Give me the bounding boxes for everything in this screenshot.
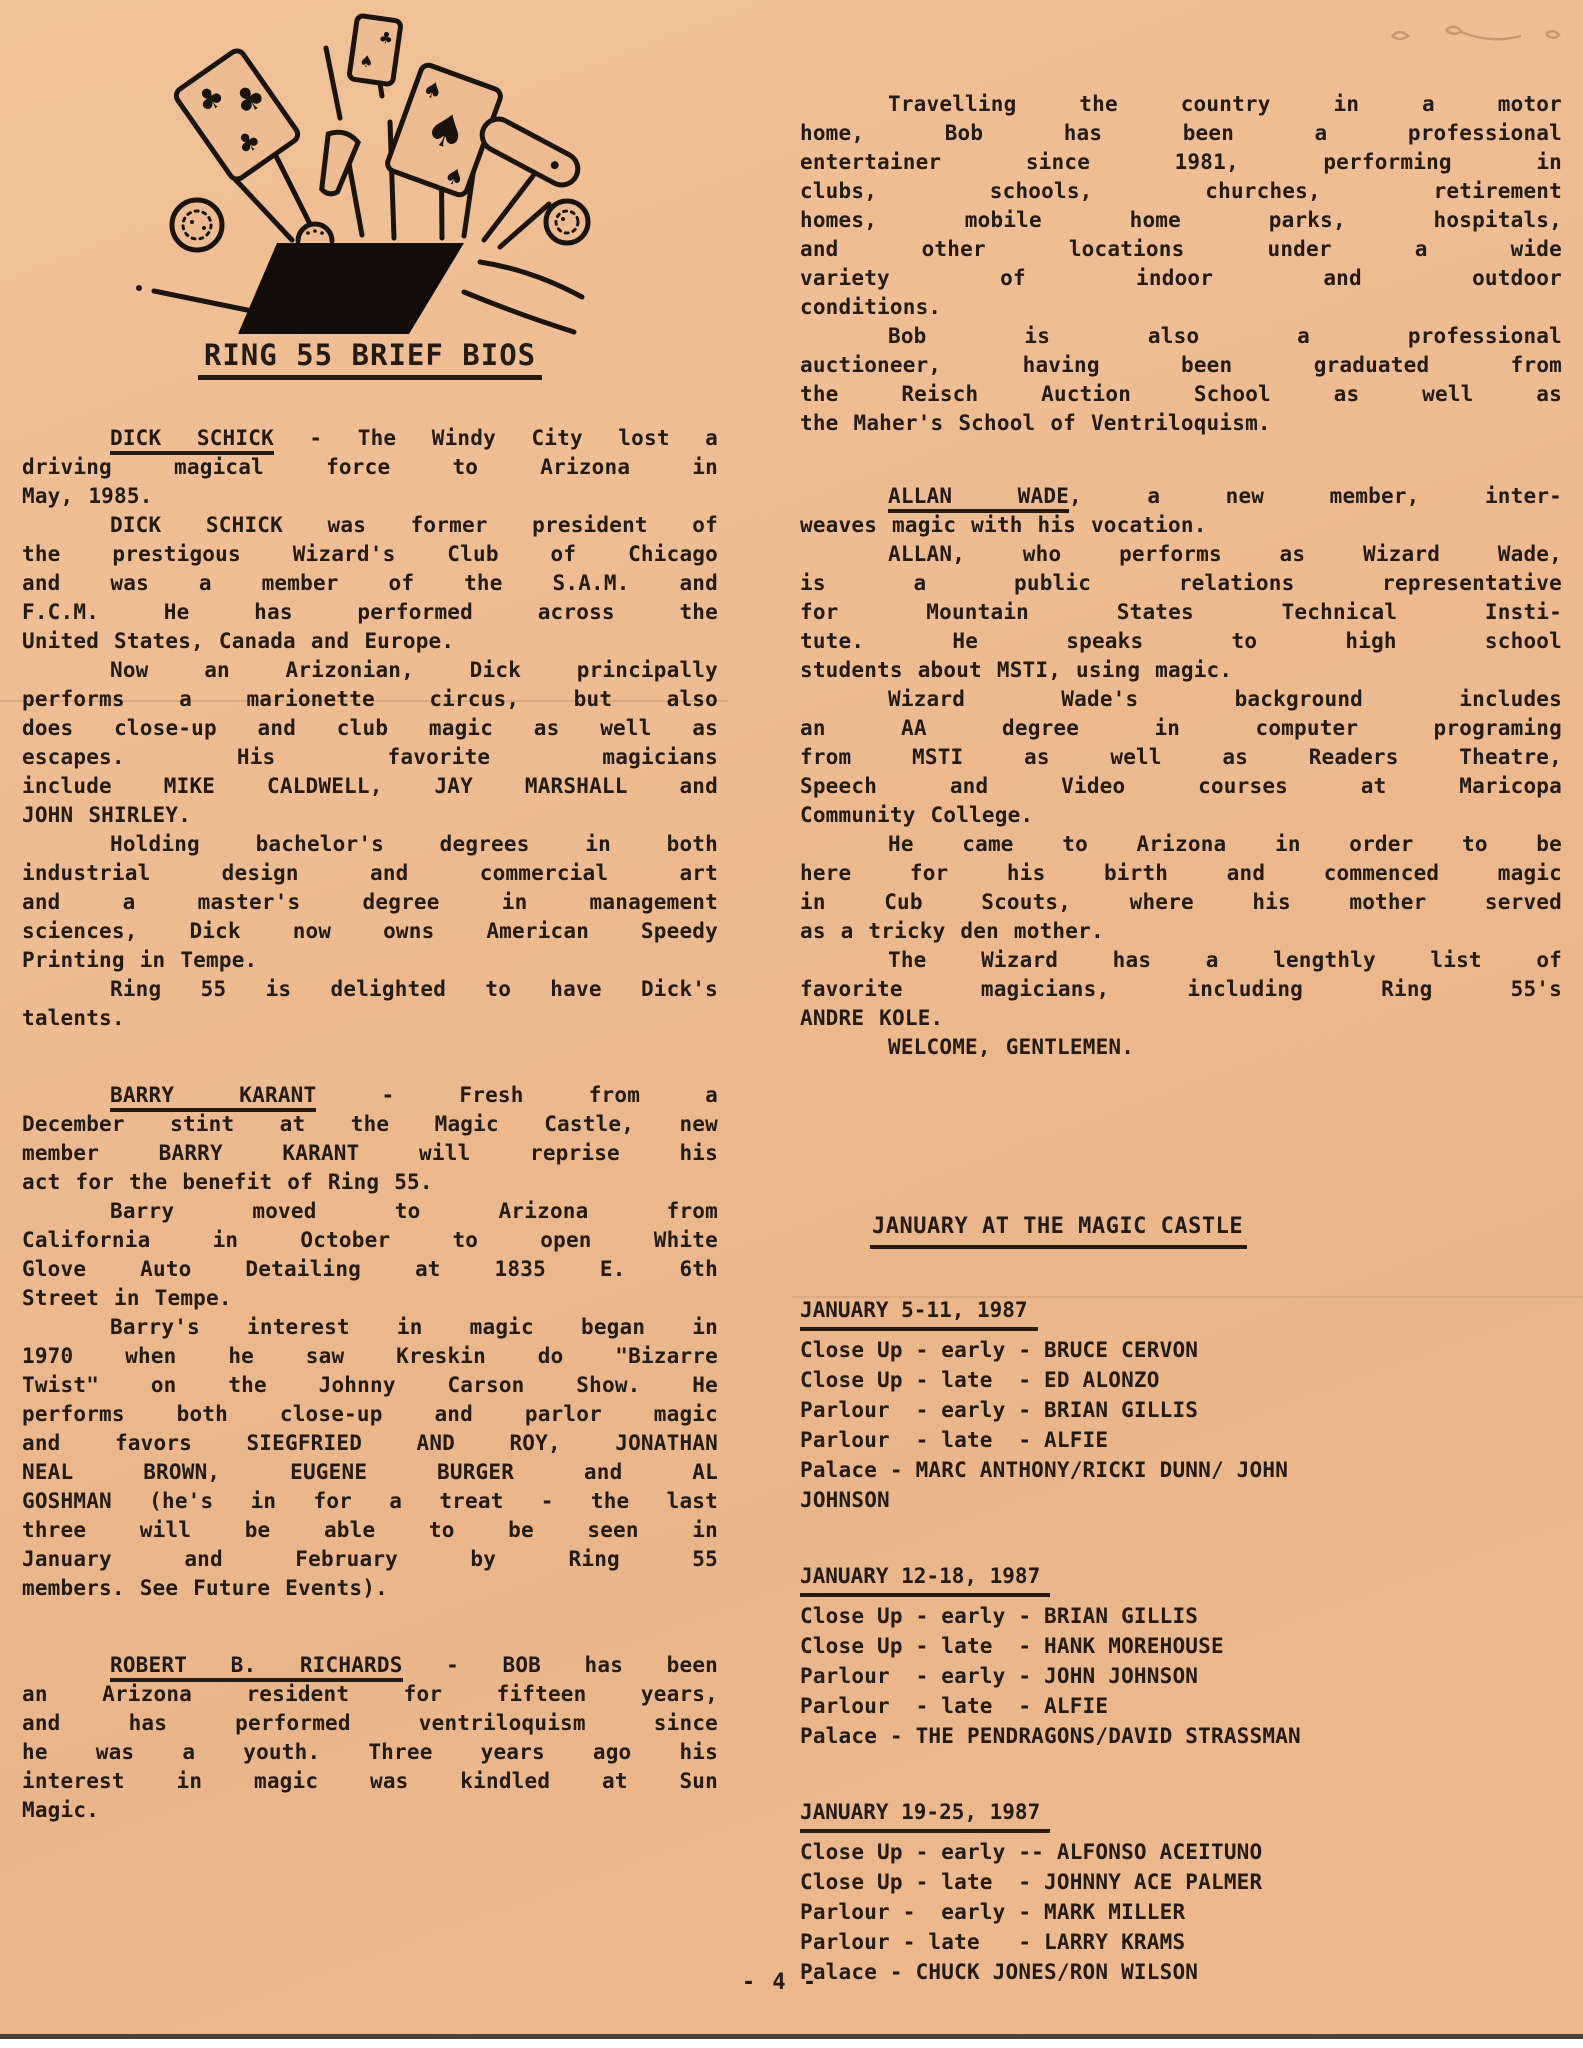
underlined-name: DICK SCHICK — [110, 426, 274, 455]
motion-curve — [480, 262, 582, 297]
typed-line: Now an Arizonian, Dick principally — [22, 656, 718, 685]
schedule-row: Parlour - late - ALFIE — [800, 1691, 1562, 1721]
svg-text:♠: ♠ — [358, 51, 375, 72]
top-hat — [238, 243, 464, 334]
typed-line: in Cub Scouts, where his mother served — [800, 888, 1562, 917]
schedule-row: Close Up - late - ED ALONZO — [800, 1365, 1562, 1395]
typed-line: DICK SCHICK was former president of — [22, 511, 718, 540]
typed-line: favorite magicians, including Ring 55's — [800, 975, 1562, 1004]
typed-line: Bob is also a professional — [800, 322, 1562, 351]
playing-card-small: ♣ ♠ — [349, 15, 401, 85]
schedule-week-3: JANUARY 19-25, 1987 Close Up - early -- … — [800, 1797, 1562, 1987]
line-text: - The Windy City lost a — [274, 426, 718, 450]
typed-line: does close-up and club magic as well as — [22, 714, 718, 743]
week-rows: Close Up - early - BRUCE CERVONClose Up … — [800, 1335, 1562, 1515]
schedule-week-1: JANUARY 5-11, 1987 Close Up - early - BR… — [800, 1295, 1562, 1515]
typed-line: tute. He speaks to high school — [800, 627, 1562, 656]
underlined-name: ROBERT B. RICHARDS — [110, 1653, 403, 1682]
typed-line: from MSTI as well as Readers Theatre, — [800, 743, 1562, 772]
typed-line: sciences, Dick now owns American Speedy — [22, 917, 718, 946]
typed-line: December stint at the Magic Castle, new — [22, 1110, 718, 1139]
castle-schedule-title: JANUARY AT THE MAGIC CASTLE — [870, 1212, 1247, 1249]
typed-line: driving magical force to Arizona in — [22, 453, 718, 482]
left-column: RING 55 BRIEF BIOS DICK SCHICK - The Win… — [22, 338, 718, 1825]
paper-scratch-mark — [1388, 18, 1568, 52]
hand-on-brim — [298, 224, 332, 241]
typed-line: home, Bob has been a professional — [800, 119, 1562, 148]
schedule-week-2: JANUARY 12-18, 1987 Close Up - early - B… — [800, 1561, 1562, 1751]
schedule-row: Close Up - early - BRIAN GILLIS — [800, 1601, 1562, 1631]
bio-dick-schick: DICK SCHICK - The Windy City lost adrivi… — [22, 424, 718, 1033]
magic-hat-illustration: ♣ ♣ ♣ ♣ ♠ ♠ ♠ ♠ — [112, 0, 592, 340]
typed-line: and a master's degree in management — [22, 888, 718, 917]
week-rows: Close Up - early -- ALFONSO ACEITUNOClos… — [800, 1837, 1562, 1987]
typed-line: BARRY KARANT - Fresh from a — [22, 1081, 718, 1110]
motion-line — [326, 48, 340, 118]
week-heading: JANUARY 12-18, 1987 — [800, 1561, 1050, 1597]
typed-line: GOSHMAN (he's in for a treat - the last — [22, 1487, 718, 1516]
typed-line: 1970 when he saw Kreskin do "Bizarre — [22, 1342, 718, 1371]
newsletter-page: ♣ ♣ ♣ ♣ ♠ ♠ ♠ ♠ — [0, 0, 1583, 2048]
bio-barry-karant: BARRY KARANT - Fresh from aDecember stin… — [22, 1081, 718, 1603]
typed-line: entertainer since 1981, performing in — [800, 148, 1562, 177]
typed-line: conditions. — [800, 293, 1562, 322]
typed-line: United States, Canada and Europe. — [22, 627, 718, 656]
schedule-row: Parlour - early - JOHN JOHNSON — [800, 1661, 1562, 1691]
typed-line: JOHN SHIRLEY. — [22, 801, 718, 830]
typed-line: Ring 55 is delighted to have Dick's — [22, 975, 718, 1004]
typed-line: clubs, schools, churches, retirement — [800, 177, 1562, 206]
typed-line: May, 1985. — [22, 482, 718, 511]
week-heading: JANUARY 5-11, 1987 — [800, 1295, 1038, 1331]
typed-line: an AA degree in computer programing — [800, 714, 1562, 743]
schedule-row: Palace - MARC ANTHONY/RICKI DUNN/ JOHN — [800, 1455, 1562, 1485]
motion-line — [484, 176, 533, 240]
schedule-row: Parlour - late - ALFIE — [800, 1425, 1562, 1455]
typed-line: and was a member of the S.A.M. and — [22, 569, 718, 598]
page-number: - 4 - — [660, 1970, 900, 1995]
right-column: Travelling the country in a motorhome, B… — [800, 90, 1562, 1987]
typed-line: Wizard Wade's background includes — [800, 685, 1562, 714]
typed-line: ROBERT B. RICHARDS - BOB has been — [22, 1651, 718, 1680]
typed-line: Twist" on the Johnny Carson Show. He — [22, 1371, 718, 1400]
typed-line: ALLAN, who performs as Wizard Wade, — [800, 540, 1562, 569]
underlined-name: ALLAN WADE — [888, 484, 1069, 513]
line-text: - BOB has been — [403, 1653, 718, 1677]
typed-line: F.C.M. He has performed across the — [22, 598, 718, 627]
typed-line: NEAL BROWN, EUGENE BURGER and AL — [22, 1458, 718, 1487]
coin-right — [546, 201, 588, 243]
typed-line: variety of indoor and outdoor — [800, 264, 1562, 293]
week-rows: Close Up - early - BRIAN GILLISClose Up … — [800, 1601, 1562, 1751]
typed-line: weaves magic with his vocation. — [800, 511, 1562, 540]
typed-line: auctioneer, having been graduated from — [800, 351, 1562, 380]
schedule-row: Palace - CHUCK JONES/RON WILSON — [800, 1957, 1562, 1987]
typed-line: as a tricky den mother. — [800, 917, 1562, 946]
typed-line: Barry moved to Arizona from — [22, 1197, 718, 1226]
typed-line: for Mountain States Technical Insti- — [800, 598, 1562, 627]
typed-line: Street in Tempe. — [22, 1284, 718, 1313]
schedule-row: Parlour - early - BRIAN GILLIS — [800, 1395, 1562, 1425]
typed-line: talents. — [22, 1004, 718, 1033]
typed-line: three will be able to be seen in — [22, 1516, 718, 1545]
typed-line: act for the benefit of Ring 55. — [22, 1168, 718, 1197]
schedule-row: Close Up - late - JOHNNY ACE PALMER — [800, 1867, 1562, 1897]
typed-line: performs both close-up and parlor magic — [22, 1400, 718, 1429]
bio-allan-wade: ALLAN WADE, a new member, inter-weaves m… — [800, 482, 1562, 1062]
typed-line: interest in magic was kindled at Sun — [22, 1767, 718, 1796]
typed-line: January and February by Ring 55 — [22, 1545, 718, 1574]
schedule-row: JOHNSON — [800, 1485, 1562, 1515]
typed-line: performs a marionette circus, but also — [22, 685, 718, 714]
section-title: RING 55 BRIEF BIOS — [198, 338, 542, 380]
bio-robert-richards: ROBERT B. RICHARDS - BOB has beenan Ariz… — [22, 1651, 718, 1825]
typed-line: escapes. His favorite magicians — [22, 743, 718, 772]
typed-line: the Maher's School of Ventriloquism. — [800, 409, 1562, 438]
typed-line: member BARRY KARANT will reprise his — [22, 1139, 718, 1168]
typed-line: members. See Future Events). — [22, 1574, 718, 1603]
schedule-row: Close Up - early - BRUCE CERVON — [800, 1335, 1562, 1365]
typed-line: industrial design and commercial art — [22, 859, 718, 888]
typed-line: Community College. — [800, 801, 1562, 830]
typed-line: Barry's interest in magic began in — [22, 1313, 718, 1342]
schedule-row: Parlour - late - LARRY KRAMS — [800, 1927, 1562, 1957]
motion-line — [234, 178, 292, 240]
typed-line: and has performed ventriloquism since — [22, 1709, 718, 1738]
underlined-name: BARRY KARANT — [110, 1083, 316, 1112]
scanned-paper: ♣ ♣ ♣ ♣ ♠ ♠ ♠ ♠ — [0, 0, 1583, 2039]
typed-line: and other locations under a wide — [800, 235, 1562, 264]
typed-line: homes, mobile home parks, hospitals, — [800, 206, 1562, 235]
schedule-row: Close Up - early -- ALFONSO ACEITUNO — [800, 1837, 1562, 1867]
typed-line: ALLAN WADE, a new member, inter- — [800, 482, 1562, 511]
schedule-row: Parlour - early - MARK MILLER — [800, 1897, 1562, 1927]
typed-line: Glove Auto Detailing at 1835 E. 6th — [22, 1255, 718, 1284]
typed-line: WELCOME, GENTLEMEN. — [800, 1033, 1562, 1062]
castle-title-wrap: JANUARY AT THE MAGIC CASTLE — [870, 1212, 1562, 1249]
typed-line: an Arizona resident for fifteen years, — [22, 1680, 718, 1709]
typed-line: he was a youth. Three years ago his — [22, 1738, 718, 1767]
typed-line: ANDRE KOLE. — [800, 1004, 1562, 1033]
line-text: - Fresh from a — [316, 1083, 718, 1107]
typed-line: California in October to open White — [22, 1226, 718, 1255]
typed-line: Magic. — [22, 1796, 718, 1825]
typed-line: He came to Arizona in order to be — [800, 830, 1562, 859]
typed-line: the prestigous Wizard's Club of Chicago — [22, 540, 718, 569]
schedule-row: Palace - THE PENDRAGONS/DAVID STRASSMAN — [800, 1721, 1562, 1751]
typed-line: Speech and Video courses at Maricopa — [800, 772, 1562, 801]
typed-line: Holding bachelor's degrees in both — [22, 830, 718, 859]
motion-dot — [136, 285, 142, 291]
section-title-wrap: RING 55 BRIEF BIOS — [22, 338, 718, 380]
motion-line — [154, 291, 252, 311]
schedule-row: Close Up - late - HANK MOREHOUSE — [800, 1631, 1562, 1661]
typed-line: and favors SIEGFRIED AND ROY, JONATHAN — [22, 1429, 718, 1458]
coin-left — [172, 200, 222, 250]
typed-line: is a public relations representative — [800, 569, 1562, 598]
week-heading: JANUARY 19-25, 1987 — [800, 1797, 1050, 1833]
bio-bob-continued: Travelling the country in a motorhome, B… — [800, 90, 1562, 438]
typed-line: Printing in Tempe. — [22, 946, 718, 975]
typed-line: DICK SCHICK - The Windy City lost a — [22, 424, 718, 453]
svg-text:♣: ♣ — [378, 28, 395, 49]
typed-line: students about MSTI, using magic. — [800, 656, 1562, 685]
typed-line: The Wizard has a lengthly list of — [800, 946, 1562, 975]
typed-line: include MIKE CALDWELL, JAY MARSHALL and — [22, 772, 718, 801]
typed-line: the Reisch Auction School as well as — [800, 380, 1562, 409]
line-text: , a new member, inter- — [1069, 484, 1562, 508]
typed-line: here for his birth and commenced magic — [800, 859, 1562, 888]
motion-curve — [464, 292, 574, 332]
typed-line: Travelling the country in a motor — [800, 90, 1562, 119]
